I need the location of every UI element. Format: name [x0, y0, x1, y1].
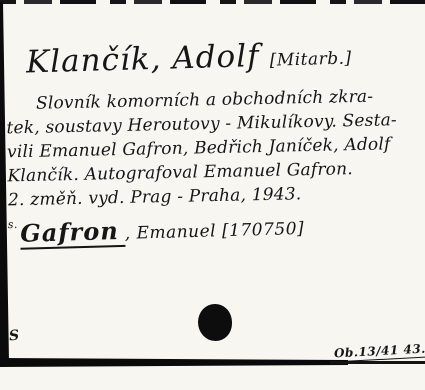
corner-mark: S — [8, 328, 20, 345]
hole-punch — [198, 304, 232, 341]
catalog-card-scan: Klančík, Adolf[Mitarb.] Slovník komorníc… — [0, 0, 425, 390]
scan-top-edge — [0, 0, 425, 4]
card-body: Slovník komorních a obchodních zkra- tek… — [6, 84, 425, 213]
card-bottom-edge — [0, 357, 348, 367]
cross-reference-line: s.Gafron, Emanuel [170750] — [8, 210, 305, 248]
card-heading: Klančík, Adolf[Mitarb.] — [26, 35, 352, 80]
author-name: Klančík, Adolf — [26, 38, 260, 81]
see-reference-prefix: s. — [8, 218, 19, 231]
referenced-surname: Gafron — [20, 216, 125, 250]
referenced-name-and-number: , Emanuel [170750] — [124, 219, 304, 244]
author-role-note: [Mitarb.] — [269, 48, 352, 70]
accession-note: Ob.13/41 43. — [334, 342, 425, 363]
